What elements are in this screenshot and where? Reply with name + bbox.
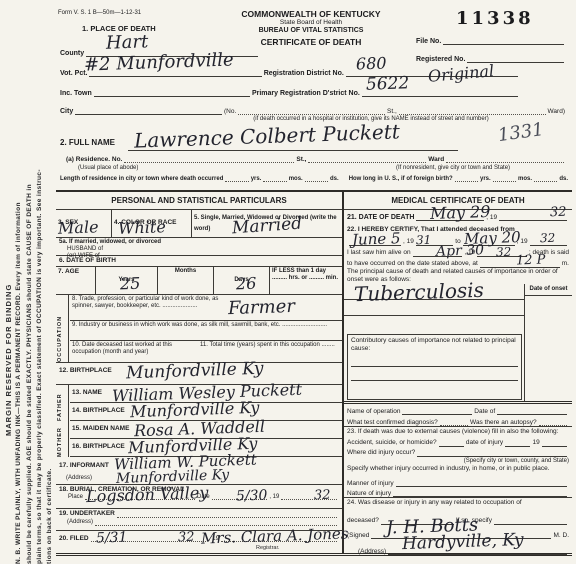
m-label: m. (562, 260, 569, 268)
length-left-label: Length of residence in city or town wher… (60, 176, 223, 182)
full-name-label: 2. FULL NAME (60, 138, 115, 147)
external-causes-block: 23. If death was due to external causes … (344, 427, 572, 474)
filed-year-handwriting: 32 (178, 531, 195, 545)
if-less-cell: IF LESS than 1 day ......... hrs. or ...… (270, 267, 342, 294)
operation-label: Name of operation (347, 408, 400, 415)
operation-date-label: Date of (474, 408, 495, 415)
sex-color-marital-row: 3. SEX Male 4. COLOR OR RACE White 5. Si… (56, 210, 342, 238)
personal-title: PERSONAL AND STATISTICAL PARTICULARS (56, 192, 342, 210)
file-no-blank (443, 44, 564, 45)
date-of-death-row: 21. DATE OF DEATH , 19 May 29 32 (344, 210, 572, 226)
registered-no-label: Registered No. (416, 56, 465, 63)
street-blank (399, 114, 546, 115)
specify-note: Specify whether injury occurred in indus… (347, 465, 569, 473)
medical-column: MEDICAL CERTIFICATE OF DEATH 21. DATE OF… (344, 192, 572, 553)
mother-bp-label: 16. BIRTHPLACE (72, 443, 125, 450)
full-name-handwriting: Lawrence Colbert Puckett (134, 121, 400, 150)
residence-ward-blank (446, 162, 564, 163)
street-no-blank (238, 114, 385, 115)
street-no-label: (No. (224, 108, 236, 115)
manner-label: Manner of injury (347, 480, 394, 487)
where-line: Where did injury occur? (347, 447, 569, 457)
accident-label: Accident, suicide, or homicide? (347, 439, 437, 447)
nature-blank (393, 496, 567, 497)
header-titles: COMMONWEALTH OF KENTUCKY State Board of … (206, 4, 416, 47)
md-label: M. D. (553, 532, 569, 539)
burial-year-handwriting: 32 (314, 489, 331, 503)
length-ds-label: ds. (330, 176, 339, 182)
residence-label: (a) Residence. No. (66, 156, 122, 163)
date-of-onset-box: Date of onset (524, 284, 572, 401)
undertaker-label: 19. UNDERTAKER (59, 510, 115, 518)
residence-no-blank (124, 162, 294, 163)
filed-row: 20. FILED , 19 5/31 32 Mrs. Clara A. Jon… (56, 531, 342, 551)
birthplace-handwriting: Munfordville Ky (126, 361, 264, 383)
undertaker-line: 19. UNDERTAKER (59, 510, 339, 518)
street-label: St., (387, 108, 397, 115)
form-number: Form V. S. 1 B—50m—1-12-31 (58, 10, 178, 16)
sex-cell: 3. SEX Male (56, 210, 112, 237)
address-label: (Address) (358, 548, 386, 555)
columns-area: PERSONAL AND STATISTICAL PARTICULARS 3. … (56, 190, 572, 556)
margin-reserved-text: MARGIN RESERVED FOR BINDING (4, 4, 13, 564)
length-yrs-label: yrs. (251, 176, 262, 182)
board-subtitle: State Board of Health (206, 19, 416, 27)
vot-pct-handwriting: #2 Munfordville (84, 51, 234, 74)
dob-row: 6. DATE OF BIRTH (56, 256, 342, 267)
injury-date-blank (505, 446, 530, 447)
age-years-handwriting: 25 (120, 276, 141, 293)
occupation-block: OCCUPATION 8. Trade, profession, or part… (56, 295, 342, 363)
age-months-cell: Months (158, 267, 214, 294)
age-days-handwriting: 26 (236, 276, 257, 293)
us-ds-blank (534, 181, 557, 182)
dod-label: 21. DATE OF DEATH (347, 214, 414, 221)
length-yrs-blank (225, 181, 248, 182)
mother-divider (68, 421, 69, 457)
dod-year-blank (499, 220, 567, 221)
residence-ward-label: Ward (428, 156, 444, 163)
occupation-divider (68, 295, 69, 362)
marital-handwriting: Married (231, 216, 302, 238)
cause-handwriting: Tuberculosis (354, 280, 484, 305)
residence-row: (a) Residence. No. St., Ward (66, 156, 566, 163)
sex-handwriting: Male (58, 219, 99, 236)
length-of-residence-row: Length of residence in city or town wher… (60, 176, 568, 182)
age-years-cell: Years 25 (96, 267, 158, 294)
last-worked-label: 10. Date deceased last worked at this oc… (70, 341, 198, 361)
trade-handwriting: Farmer (228, 298, 296, 318)
city-row: City (No. St., Ward) (60, 108, 565, 115)
us-mos-blank (493, 181, 516, 182)
trade-row: 8. Trade, profession, or particular kind… (70, 295, 342, 321)
occurred-label: to have occurred on the date stated abov… (347, 260, 478, 268)
occupation-side-label: OCCUPATION (57, 297, 63, 362)
injury-19-label: 19 (532, 439, 539, 447)
us-mos-label: mos. (518, 176, 532, 182)
nature-row: Nature of injury (344, 487, 572, 498)
reg-district-label: Registration District No. (264, 70, 344, 77)
mother-name-label: 15. MAIDEN NAME (72, 425, 129, 432)
accident-line: Accident, suicide, or homicide? date of … (347, 436, 569, 447)
pencil-number: 1331 (497, 121, 545, 145)
dod-handwriting: May 29 (430, 204, 491, 222)
signed-label: (Signed (347, 532, 369, 539)
test-blank (440, 425, 468, 426)
father-block: FATHER 13. NAME William Wesley Puckett 1… (56, 385, 342, 421)
contributory-box: Contributory causes of importance not re… (347, 334, 522, 400)
burial-row: 18. BURIAL, CREMATION, OR REMOVAL Place … (56, 485, 342, 509)
husband-of-label: HUSBAND of (59, 246, 339, 253)
contributory-line-1 (351, 353, 518, 367)
inc-town-blank (94, 96, 250, 97)
reg-district-handwriting: 680 (356, 55, 387, 72)
primary-reg-label: Primary Registration D'strict No. (252, 90, 360, 97)
us-length-label: How long in U. S., if of foreign birth? (349, 176, 453, 182)
industry-row: 9. Industry or business in which work wa… (70, 321, 342, 341)
serial-number: 11338 (456, 8, 534, 29)
nature-label: Nature of injury (347, 490, 391, 497)
test-label: What test confirmed diagnosis? (347, 419, 438, 426)
father-side-label: FATHER (57, 387, 63, 421)
cause-lines: Tuberculosis Contributory causes of impo… (344, 284, 524, 401)
binding-margin: MARGIN RESERVED FOR BINDING N. B. WRITE … (4, 4, 54, 564)
trade-label: 8. Trade, profession, or particular kind… (72, 296, 232, 310)
from-year-prefix: , 19 (403, 238, 414, 246)
if-so-blank (494, 524, 567, 525)
dod-year-handwriting: 32 (550, 206, 567, 220)
injury-year-blank (542, 446, 567, 447)
color-cell: 4. COLOR OR RACE White (112, 210, 192, 237)
filed-label: 20. FILED (59, 535, 89, 542)
age-days-cell: Days 26 (214, 267, 270, 294)
mother-side-label: MOTHER (57, 423, 63, 457)
from-year-handwriting: 31 (416, 234, 432, 247)
to-year-blank (530, 245, 567, 246)
burial-place-handwriting: Logsdon Valley (86, 485, 209, 505)
to-year-handwriting: 32 (540, 232, 556, 245)
informant-row: 17. INFORMANT William W. Puckett (Addres… (56, 457, 342, 485)
where-note: (Specify city or town, county, and State… (347, 457, 569, 465)
city-blank (75, 114, 222, 115)
inc-town-label: Inc. Town (60, 90, 92, 97)
accident-blank (439, 446, 464, 447)
last-saw-label: I last saw him alive on (347, 249, 411, 257)
commonwealth-title: COMMONWEALTH OF KENTUCKY (206, 4, 416, 19)
physician-address-handwriting: Hardyville, Ky (402, 532, 524, 553)
address-row: (Address) Hardyville, Ky (344, 542, 572, 558)
age-label-cell: 7. AGE (56, 267, 96, 294)
us-yrs-blank (455, 181, 478, 182)
husband-wife-row: 5a. If married, widowed, or divorced HUS… (56, 238, 342, 256)
nonresident-note: (If nonresident, give city or town and S… (396, 165, 510, 171)
informant-label: 17. INFORMANT (59, 462, 109, 469)
primary-reg-handwriting: 5622 (366, 75, 410, 93)
vot-pct-blank (89, 76, 261, 77)
length-ds-blank (305, 181, 328, 182)
registrar-label: Registrar. (256, 545, 280, 551)
last-saw-handwriting: Apr 30 (436, 243, 484, 259)
operation-row: Name of operation Date of (344, 404, 572, 415)
contributory-line-2 (351, 367, 518, 381)
color-handwriting: White (118, 219, 166, 237)
injury-date-label: date of injury (466, 439, 503, 447)
county-label: County (60, 50, 84, 57)
father-name-label: 13. NAME (72, 389, 102, 396)
autopsy-blank (539, 425, 567, 426)
cause-area: Tuberculosis Contributory causes of impo… (344, 284, 572, 404)
father-bp-label: 14. BIRTHPLACE (72, 407, 125, 414)
undertaker-blank (117, 517, 337, 518)
margin-note-line5: tions on back of certificate. (45, 4, 54, 564)
certify-block: 22. I HEREBY CERTIFY, That I attended de… (344, 226, 572, 284)
birthplace-label: 12. BIRTHPLACE (59, 367, 112, 374)
burial-year-prefix: , 19 (269, 494, 279, 500)
bureau-subtitle: BUREAU OF VITAL STATISTICS (206, 27, 416, 35)
undertaker-addr-label: (Address) (59, 518, 93, 526)
registered-no-handwriting: Original (427, 63, 494, 85)
external-label: 23. If death was due to external causes … (347, 428, 569, 436)
informant-addr-label: (Address) (66, 475, 92, 481)
ward-label: Ward) (548, 108, 565, 115)
death-certificate-scan: MARGIN RESERVED FOR BINDING N. B. WRITE … (0, 0, 576, 564)
us-yrs-label: yrs. (480, 176, 491, 182)
inc-town-row: Inc. Town Primary Registration D'strict … (60, 90, 520, 97)
attended-from-handwriting: June 5 (352, 231, 401, 248)
date-of-onset-label: Date of onset (525, 284, 572, 296)
related-label: 24. Was disease or injury in any way rel… (347, 499, 569, 507)
burial-date-handwriting: 5/30 (236, 488, 268, 503)
total-time-label: 11. Total time (years) spent in this occ… (198, 341, 342, 361)
where-label: Where did injury occur? (347, 449, 415, 457)
ls-year-handwriting: 32 (496, 246, 512, 259)
us-ds-label: ds. (559, 176, 568, 182)
manner-row: Manner of injury (344, 476, 572, 487)
autopsy-label: Was there an autopsy? (470, 419, 537, 426)
last-worked-row: 10. Date deceased last worked at this oc… (70, 341, 342, 361)
age-row: 7. AGE Years 25 Months Days 26 IF LESS t… (56, 267, 342, 295)
burial-place-label: Place (68, 494, 83, 500)
file-no-label: File No. (416, 38, 441, 45)
margin-note-line2: N. B. WRITE PLAINLY, WITH UNFADING INK—T… (14, 4, 23, 564)
length-mos-blank (263, 181, 286, 182)
certificate-title: CERTIFICATE OF DEATH (206, 35, 416, 47)
margin-note-line3: should be carefully supplied. AGE should… (25, 4, 34, 564)
undertaker-addr-line: (Address) (59, 518, 339, 526)
margin-note-line4: plain terms, so that it may be properly … (35, 4, 44, 564)
full-name-row: 2. FULL NAME Lawrence Colbert Puckett 13… (60, 128, 568, 152)
personal-column: PERSONAL AND STATISTICAL PARTICULARS 3. … (56, 192, 344, 553)
contributory-label: Contributory causes of importance not re… (351, 337, 521, 353)
occurred-time-handwriting: 12 P (516, 253, 546, 267)
primary-reg-blank (362, 96, 518, 97)
file-no-row: File No. (416, 38, 566, 45)
marital-cell: 5. Single, Married, Widowed or Divorced … (192, 210, 342, 237)
deceased-label: deceased? (347, 517, 379, 525)
father-divider (68, 385, 69, 421)
residence-st-blank (308, 162, 426, 163)
city-label: City (60, 108, 73, 115)
married-label: 5a. If married, widowed, or divorced (59, 239, 339, 246)
filed-date-handwriting: 5/31 (96, 530, 128, 545)
abode-note: (Usual place of abode) (78, 165, 138, 171)
certificate-form: Form V. S. 1 B—50m—1-12-31 1. PLACE OF D… (56, 4, 572, 560)
length-mos-label: mos. (289, 176, 303, 182)
test-row: What test confirmed diagnosis? Was there… (344, 415, 572, 427)
county-handwriting: Hart (106, 33, 149, 52)
address-blank (388, 554, 567, 555)
residence-st-label: St., (296, 156, 306, 163)
